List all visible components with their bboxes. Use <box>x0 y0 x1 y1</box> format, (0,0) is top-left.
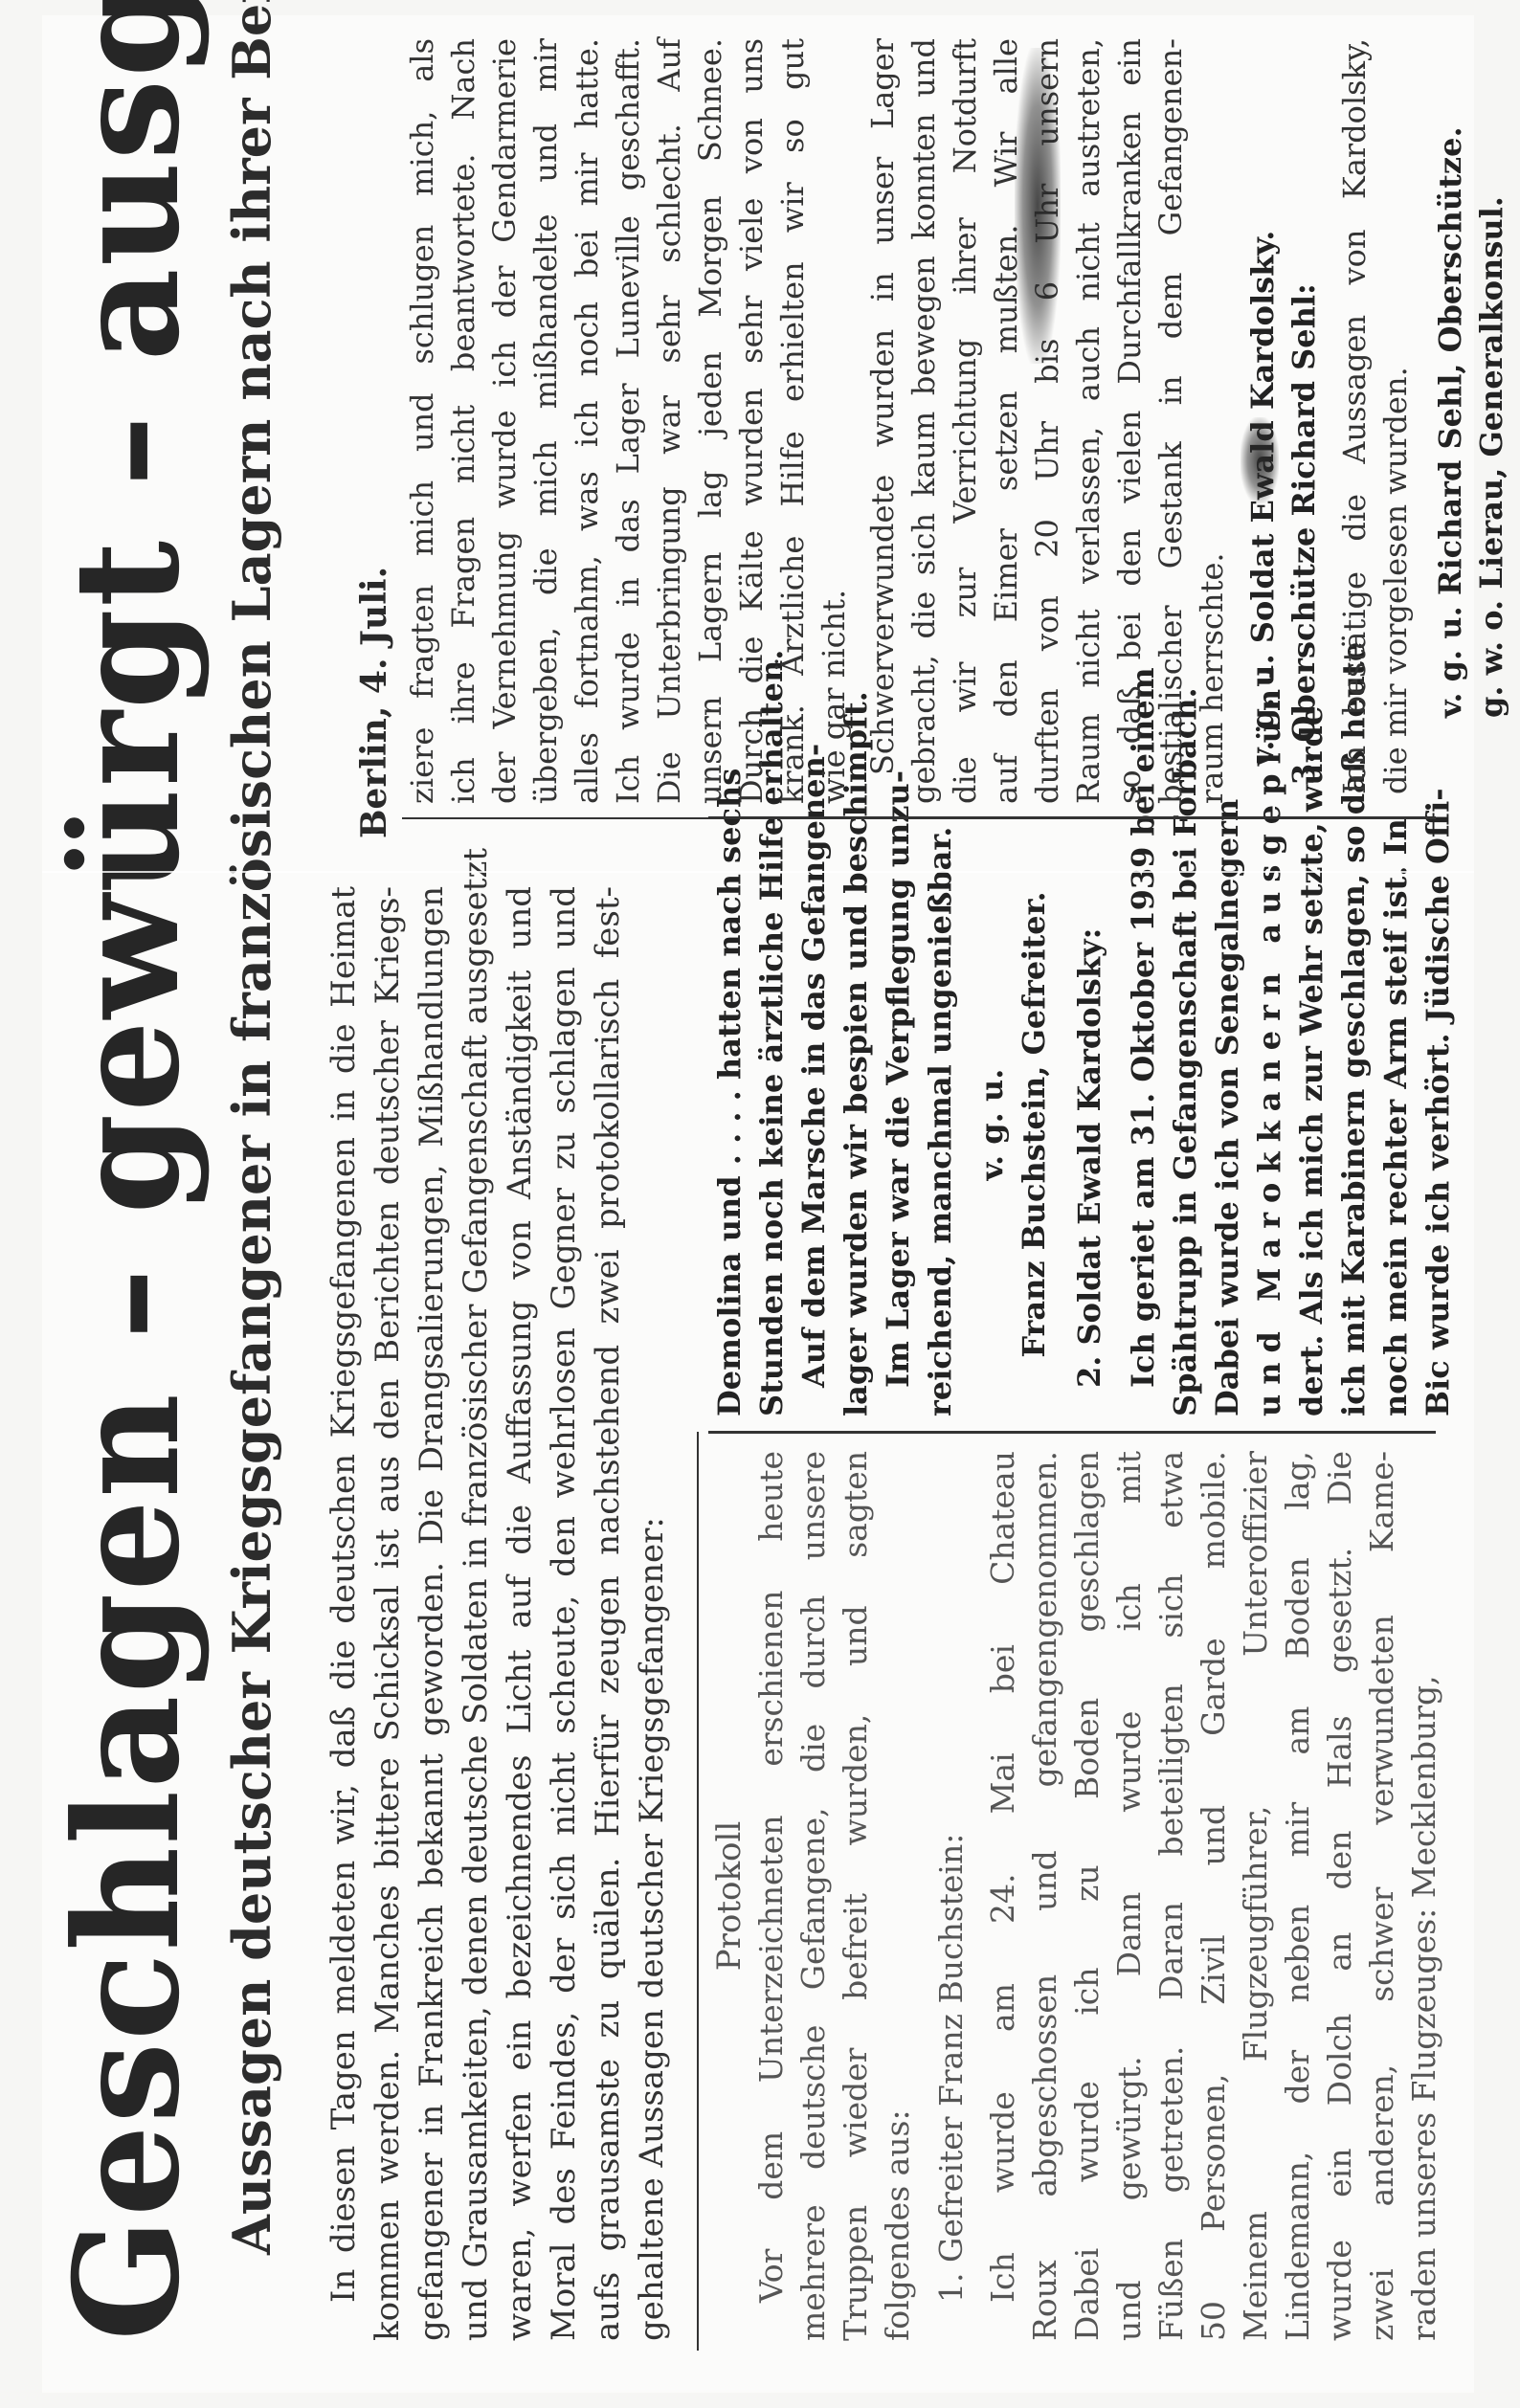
dateline: Berlin, 4. Juli. <box>354 567 394 838</box>
sehl-signature: v. g. u. Richard Sehl, Oberschütze. <box>1430 38 1471 804</box>
witness2-cont-line: Ich wurde in das Lager Luneville geschaf… <box>608 38 649 804</box>
protocol-line: Truppen wieder befreit wurden, und sagte… <box>835 1451 877 2341</box>
witness2-cont-line: krank. Ärztliche Hilfe erhielten wir so … <box>772 38 814 804</box>
intro-line: In diesen Tagen meldeten wir, daß die de… <box>322 886 366 2341</box>
witness2-line: Spähtrupp in Gefangenschaft bei Forbach. <box>1164 833 1206 1416</box>
protocol-line: folgendes aus: <box>877 1451 919 2341</box>
witness2-line: und Marokkanern ausgeplün- <box>1248 833 1290 1416</box>
column-2: Demolina und . . . . hatten nach sechs S… <box>708 833 1459 1416</box>
witness2-heading: 2. Soldat Ewald Kardolsky: <box>1068 833 1110 1416</box>
witness2-cont-line: Schwerverwundete wurden in unser Lager <box>862 38 904 804</box>
intro-line: und Grausamkeiten, denen deutsche Soldat… <box>454 886 498 2341</box>
witness2-cont-line: bestialischer Gestank in dem Gefangenen- <box>1151 38 1192 804</box>
witness1-heading: 1. Gefreiter Franz Buchstein: <box>930 1451 972 2341</box>
witness2-line: dert. Als ich mich zur Wehr setzte, wurd… <box>1290 833 1332 1416</box>
paper-fold <box>42 871 1474 873</box>
witness2-cont-line: ziere fragten mich und schlugen mich, al… <box>402 38 443 804</box>
intro-line: Moral des Feindes, der sich nicht scheut… <box>542 886 586 2341</box>
witness1-line: und gewürgt. Dann wurde ich mit <box>1108 1451 1151 2341</box>
witness1-line: Ich wurde am 24. Mai bei Chateau <box>982 1451 1024 2341</box>
witness3-heading: 3. Oberschütze Richard Sehl: <box>1284 38 1325 804</box>
protocol-line: mehrere deutsche Gefangene, die durch un… <box>793 1451 835 2341</box>
consul-signature: g. w. o. Lierau, Generalkonsul. <box>1471 38 1512 804</box>
column-divider <box>708 816 1436 819</box>
witness2-cont-line: der Vernehmung wurde ich der Gendarmerie <box>484 38 525 804</box>
protocol-line: Vor dem Unterzeichneten erschienen heute <box>750 1451 793 2341</box>
witness1-cont-line: Auf dem Marsche in das Gefangenen- <box>793 833 835 1416</box>
witness2-line: Ich geriet am 31. Oktober 1939 bei einem <box>1122 833 1164 1416</box>
witness1-cont-line: lager wurden wir bespien und beschimpft. <box>835 833 877 1416</box>
witness2-line: ich mit Karabinern geschlagen, so daß he… <box>1332 833 1375 1416</box>
witness2-cont-line: alles fortnahm, was ich noch bei mir hat… <box>567 38 608 804</box>
witness1-cont-line: reichend, manchmal ungenießbar. <box>919 833 961 1416</box>
intro-line: gefangener in Frankreich bekannt geworde… <box>410 886 454 2341</box>
witness2-line: noch mein rechter Arm steif ist. In <box>1375 833 1417 1416</box>
witness1-cont-line: Im Lager war die Verpflegung unzu- <box>877 833 919 1416</box>
witness1-line: Roux abgeschossen und gefangengenommen. <box>1024 1451 1066 2341</box>
witness2-line: Dabei wurde ich von Senegalnegern <box>1206 833 1248 1416</box>
witness1-line: raden unseres Flugzeuges: Mecklenburg, <box>1403 1451 1445 2341</box>
witness1-line: 50 Personen, Zivil und Garde mobile. <box>1193 1451 1235 2341</box>
witness1-line: Meinem Flugzeugführer, Unteroffizier <box>1235 1451 1277 2341</box>
intro-line: waren, werfen ein bezeichnendes Licht au… <box>498 886 542 2341</box>
witness1-line: Dabei wurde ich zu Boden geschlagen <box>1066 1451 1108 2341</box>
witness1-vgu: v. g. u. <box>971 833 1013 1416</box>
intro-line: aufs grausamste zu quälen. Hierfür zeuge… <box>586 886 630 2341</box>
headline: Geschlagen – gewürgt – ausgeplündert <box>56 44 199 2341</box>
column-1: Protokoll Vor dem Unterzeichneten erschi… <box>708 1451 1445 2341</box>
protocol-heading: Protokoll <box>708 1451 750 2341</box>
section-divider <box>697 1432 699 2351</box>
witness2-cont-line: unsern Lagern lag jeden Morgen Schnee. <box>690 38 731 804</box>
confirmation-line: die mir vorgelesen wurden. <box>1375 38 1417 804</box>
column-divider <box>402 817 708 819</box>
column-3: ziere fragten mich und schlugen mich, al… <box>402 38 1512 804</box>
rotated-clipping-frame: Geschlagen – gewürgt – ausgeplündert Aus… <box>0 0 1520 2408</box>
witness1-signature: Franz Buchstein, Gefreiter. <box>1013 833 1055 1416</box>
intro-line: kommen werden. Manches bittere Schicksal… <box>366 886 410 2341</box>
witness2-cont-line: raum herrschte. <box>1192 38 1233 804</box>
witness2-cont-line: Raum nicht verlassen, auch nicht austret… <box>1068 38 1109 804</box>
ink-smudge <box>1015 48 1061 364</box>
witness1-line: zwei anderen, schwer verwundeten Kame- <box>1361 1451 1403 2341</box>
witness1-cont-line: Demolina und . . . . hatten nach sechs <box>708 833 750 1416</box>
subtitle: Aussagen deutscher Kriegsgefangener in f… <box>226 54 278 2255</box>
witness2-cont-line: übergeben, die mich mißhandelte und mir <box>525 38 567 804</box>
intro-line: gehaltene Aussagen deutscher Kriegsgefan… <box>630 886 674 2341</box>
ink-smudge <box>1241 417 1279 503</box>
witness2-cont-line: Durch die Kälte wurden sehr viele von un… <box>731 38 772 804</box>
witness1-line: Lindemann, der neben mir am Boden lag, <box>1277 1451 1319 2341</box>
witness2-cont-line: Die Unterbringung war sehr schlecht. Auf <box>649 38 690 804</box>
witness1-cont-line: Stunden noch keine ärztliche Hilfe erhal… <box>750 833 793 1416</box>
witness2-cont-line: wie gar nicht. <box>814 38 855 804</box>
witness1-line: Füßen getreten. Daran beteiligten sich e… <box>1151 1451 1193 2341</box>
witness2-cont-line: ich ihre Fragen nicht beantwortete. Nach <box>443 38 484 804</box>
witness2-cont-line: die wir zur Verrichtung ihrer Notdurft <box>945 38 986 804</box>
intro-paragraph: In diesen Tagen meldeten wir, daß die de… <box>322 886 674 2341</box>
witness1-line: wurde ein Dolch an den Hals gesetzt. Die <box>1319 1451 1361 2341</box>
witness2-cont-line: so daß bei den vielen Durchfallkranken e… <box>1109 38 1151 804</box>
witness2-cont-line: gebracht, die sich kaum bewegen konnten … <box>904 38 945 804</box>
witness2-line: Bic wurde ich verhört. Jüdische Offi- <box>1417 833 1459 1416</box>
confirmation-line: Ich bestätige die Aussagen von Kardolsky… <box>1334 38 1375 804</box>
column-divider <box>708 1431 1436 1434</box>
